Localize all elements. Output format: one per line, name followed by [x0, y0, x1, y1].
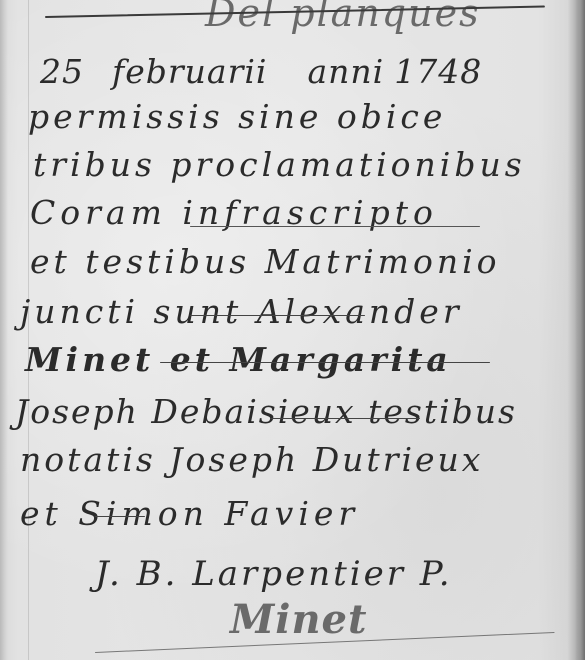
entry-line-6: juncti sunt Alexander	[20, 295, 463, 328]
entry-line-5: et testibus Matrimonio	[30, 245, 501, 278]
signature-priest: J. B. Larpentier P.	[95, 557, 453, 591]
entry-line-1: 25februariianni1748	[40, 55, 482, 88]
margin-header-name: Del planques	[205, 0, 481, 32]
date-year: 1748	[394, 52, 482, 91]
line-7-flourish	[160, 362, 490, 363]
signature-minet: Minet	[230, 600, 367, 640]
line-4-flourish	[190, 226, 480, 227]
line-10-flourish	[95, 516, 145, 517]
date-month: februarii	[112, 52, 267, 91]
entry-line-8: Joseph Debaisieux testibus	[15, 395, 517, 428]
entry-line-2: permissis sine obice	[28, 100, 446, 133]
entry-line-9: notatis Joseph Dutrieux	[20, 443, 483, 476]
date-day: 25	[40, 52, 84, 91]
entry-line-7: Minet et Margarita	[25, 343, 452, 376]
line-8-flourish	[270, 418, 420, 419]
manuscript-page: Del planques 25februariianni1748 permiss…	[0, 0, 585, 660]
line-6-flourish	[190, 315, 365, 316]
date-year-label: anni	[307, 52, 384, 91]
entry-line-4: Coram infrascripto	[30, 196, 438, 229]
page-right-edge	[575, 0, 585, 660]
page-left-edge	[0, 0, 8, 660]
entry-line-3: tribus proclamationibus	[33, 148, 526, 181]
entry-line-10: et Simon Favier	[20, 497, 359, 530]
